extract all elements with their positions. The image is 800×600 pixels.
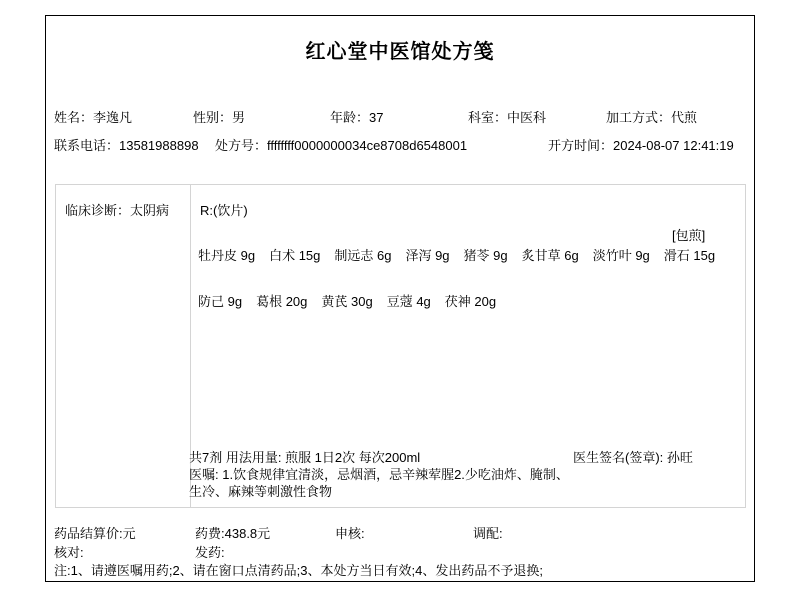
dispense-label: 发药:: [195, 542, 225, 561]
processing-label: 加工方式：: [606, 110, 671, 125]
review-label: 申核:: [335, 523, 365, 542]
herb-item: 黄芪 30g: [321, 294, 372, 309]
herb-item: 制远志 6g: [334, 248, 391, 263]
herb-item: 牡丹皮 9g: [198, 248, 255, 263]
prepare-label: 调配:: [473, 523, 503, 542]
rx-header: R:(饮片): [200, 200, 248, 219]
patient-name-label: 姓名：: [54, 110, 93, 125]
rx-no-label: 处方号：: [215, 138, 267, 153]
phone-value: 13581988898: [119, 138, 199, 153]
gender-value: 男: [232, 110, 245, 125]
field-issue-time: 开方时间：2024-08-07 12:41:19: [548, 135, 734, 154]
age-value: 37: [369, 110, 383, 125]
fee-value: 438.8元: [225, 526, 271, 541]
herb-item: 防己 9g: [198, 294, 242, 309]
issue-time-label: 开方时间：: [548, 138, 613, 153]
department-label: 科室：: [468, 110, 507, 125]
department-value: 中医科: [507, 110, 546, 125]
medical-advice-line2: 生冷、麻辣等刺激性食物: [189, 481, 332, 500]
footer-note: 注:1、请遵医嘱用药;2、请在窗口点清药品;3、本处方当日有效;4、发出药品不予…: [54, 560, 543, 579]
check-label: 核对:: [54, 542, 84, 561]
herb-item: 豆蔻 4g: [387, 294, 431, 309]
page-title: 红心堂中医馆处方笺: [45, 35, 755, 64]
rx-no-value: ffffffff0000000034ce8708d6548001: [267, 138, 467, 153]
decoction-note: [包煎]: [672, 225, 705, 244]
patient-name-value: 李逸凡: [93, 110, 132, 125]
herb-item: 白术 15g: [269, 248, 320, 263]
field-patient-name: 姓名：李逸凡: [54, 107, 132, 126]
herb-item: 葛根 20g: [256, 294, 307, 309]
processing-value: 代煎: [671, 110, 697, 125]
herb-item: 炙甘草 6g: [522, 248, 579, 263]
field-fee: 药费:438.8元: [195, 523, 270, 542]
field-gender: 性别：男: [193, 107, 245, 126]
diagnosis-label: 临床诊断：: [65, 203, 130, 218]
doctor-signature-value: 孙旺: [667, 450, 693, 465]
field-department: 科室：中医科: [468, 107, 546, 126]
doctor-signature: 医生签名(签章): 孙旺: [573, 447, 693, 466]
herb-item: 泽泻 9g: [405, 248, 449, 263]
herb-item: 淡竹叶 9g: [593, 248, 650, 263]
settle-price: 药品结算价:元: [54, 523, 136, 542]
field-age: 年龄：37: [330, 107, 383, 126]
doctor-signature-label: 医生签名(签章):: [573, 450, 667, 465]
field-diagnosis: 临床诊断：太阴病: [65, 200, 169, 219]
herb-item: 猪苓 9g: [464, 248, 508, 263]
issue-time-value: 2024-08-07 12:41:19: [613, 138, 734, 153]
herb-row-2: 防己 9g葛根 20g黄芪 30g豆蔻 4g茯神 20g: [198, 291, 510, 310]
diagnosis-value: 太阴病: [130, 203, 169, 218]
herb-row-1: 牡丹皮 9g白术 15g制远志 6g泽泻 9g猪苓 9g炙甘草 6g淡竹叶 9g…: [198, 245, 729, 264]
phone-label: 联系电话：: [54, 138, 119, 153]
age-label: 年龄：: [330, 110, 369, 125]
herb-item: 茯神 20g: [445, 294, 496, 309]
field-processing: 加工方式：代煎: [606, 107, 697, 126]
fee-label: 药费:: [195, 526, 225, 541]
field-rx-no: 处方号：ffffffff0000000034ce8708d6548001: [215, 135, 467, 154]
gender-label: 性别：: [193, 110, 232, 125]
herb-item: 滑石 15g: [664, 248, 715, 263]
diagnosis-cell: [56, 185, 191, 507]
field-phone: 联系电话：13581988898: [54, 135, 199, 154]
